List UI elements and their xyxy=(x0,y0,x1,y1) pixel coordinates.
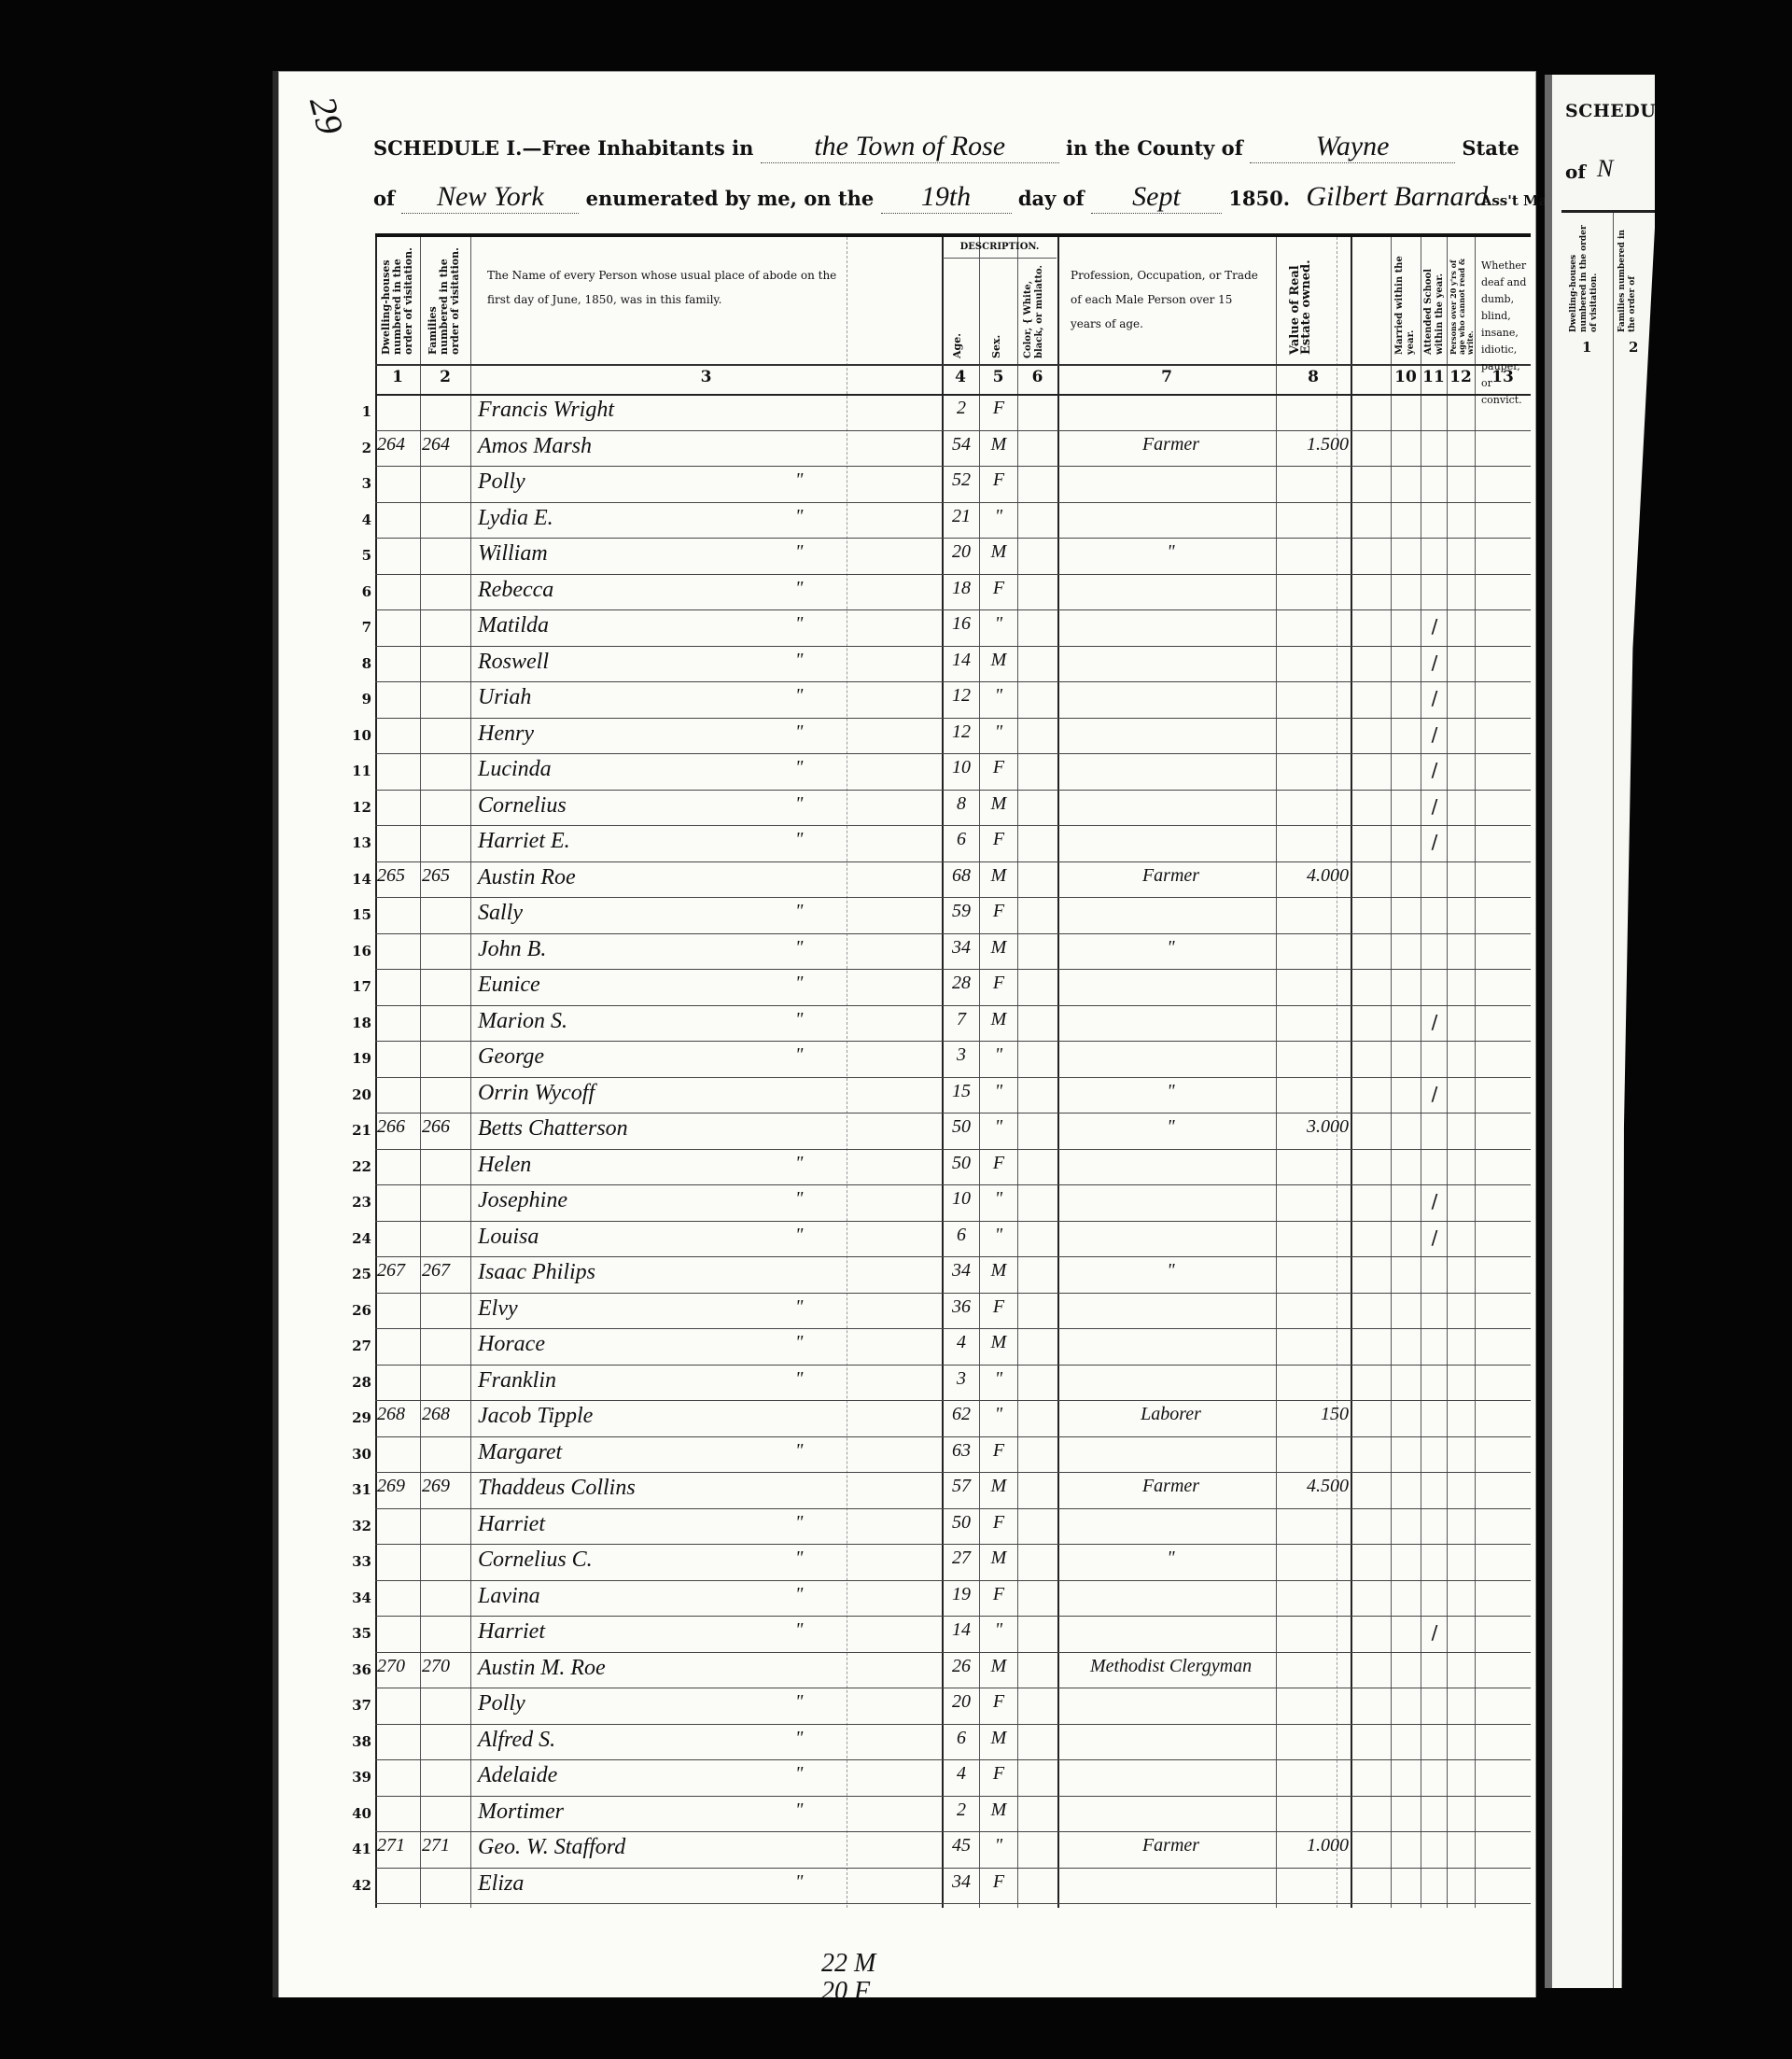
age-cell: 36 xyxy=(944,1296,979,1318)
age-cell: 4 xyxy=(944,1332,979,1353)
real-estate-cell: 3.000 xyxy=(1278,1116,1349,1138)
person-name: Roswell xyxy=(478,650,842,675)
line-number: 13 xyxy=(343,834,371,851)
sex-cell: M xyxy=(981,793,1016,815)
school-tick: / xyxy=(1422,687,1447,709)
table-row: 27Horace"4M xyxy=(375,1328,1531,1366)
table-row: 14265265Austin Roe68MFarmer4.000 xyxy=(375,861,1531,899)
line-number: 21 xyxy=(343,1122,371,1139)
table-row: 16John B."34M" xyxy=(375,933,1531,971)
sex-cell: F xyxy=(981,398,1016,419)
school-tick: / xyxy=(1422,723,1447,746)
dwelling-number: 264 xyxy=(377,434,420,455)
table-row: 38Alfred S."6M xyxy=(375,1724,1531,1761)
person-name: Mortimer xyxy=(478,1800,842,1825)
schedule-title: SCHEDULE I.—Free Inhabitants in xyxy=(373,136,753,160)
surname-ditto: " xyxy=(795,650,842,671)
age-cell: 20 xyxy=(944,541,979,563)
table-row: 37Polly"20F xyxy=(375,1688,1531,1725)
school-tick: / xyxy=(1422,1226,1447,1249)
adjacent-colnum-1: 1 xyxy=(1582,339,1591,356)
school-tick: / xyxy=(1422,1621,1447,1644)
sex-cell: " xyxy=(981,1225,1016,1246)
age-cell: 15 xyxy=(944,1081,979,1102)
age-cell: 68 xyxy=(944,865,979,887)
colnum-10: 10 xyxy=(1391,368,1421,386)
line-number: 37 xyxy=(343,1697,371,1714)
sex-cell: F xyxy=(981,1440,1016,1462)
line-number: 8 xyxy=(343,655,371,672)
age-cell: 50 xyxy=(944,1116,979,1138)
line-number: 7 xyxy=(343,619,371,636)
line-number: 2 xyxy=(343,440,371,456)
census-table: Dwelling-houses numbered in the order of… xyxy=(375,233,1531,1908)
table-row: 18Marion S."7M/ xyxy=(375,1005,1531,1043)
line-number: 4 xyxy=(343,511,371,528)
header-sex: Sex. xyxy=(991,312,1002,358)
surname-ditto: " xyxy=(795,1296,842,1318)
header-dwelling: Dwelling-houses numbered in the order of… xyxy=(381,245,414,355)
enumeration-line: of New York enumerated by me, on the 19t… xyxy=(373,181,1592,214)
person-name: Uriah xyxy=(478,685,842,710)
table-row: 40Mortimer"2M xyxy=(375,1796,1531,1833)
age-cell: 10 xyxy=(944,1188,979,1210)
age-cell: 8 xyxy=(944,793,979,815)
surname-ditto: " xyxy=(795,1332,842,1353)
age-cell: 54 xyxy=(944,434,979,455)
surname-ditto: " xyxy=(795,901,842,922)
line-number: 30 xyxy=(343,1446,371,1463)
age-cell: 6 xyxy=(944,829,979,850)
real-estate-cell: 1.000 xyxy=(1278,1835,1349,1856)
family-number: 270 xyxy=(422,1656,470,1677)
table-row: 8Roswell"14M/ xyxy=(375,646,1531,683)
sex-cell: M xyxy=(981,541,1016,563)
age-cell: 4 xyxy=(944,1763,979,1785)
age-cell: 21 xyxy=(944,506,979,527)
sex-cell: " xyxy=(981,1619,1016,1641)
surname-ditto: " xyxy=(795,721,842,743)
table-row: 31269269Thaddeus Collins57MFarmer4.500 xyxy=(375,1472,1531,1509)
header-illiterate: Persons over 20 y'rs of age who cannot r… xyxy=(1449,245,1475,355)
table-row: 10Henry"12"/ xyxy=(375,718,1531,755)
age-cell: 50 xyxy=(944,1153,979,1174)
person-name: Marion S. xyxy=(478,1009,842,1034)
person-name: Adelaide xyxy=(478,1763,842,1788)
person-name: Sally xyxy=(478,901,842,926)
sex-cell: M xyxy=(981,1548,1016,1569)
header-family: Families numbered in the order of visita… xyxy=(427,245,461,355)
person-name: Betts Chatterson xyxy=(478,1116,842,1142)
person-name: William xyxy=(478,541,842,567)
table-row: 42Eliza"34F xyxy=(375,1868,1531,1905)
school-tick: / xyxy=(1422,1190,1447,1212)
sex-cell: " xyxy=(981,1368,1016,1390)
month-field: Sept xyxy=(1091,181,1222,214)
age-cell: 45 xyxy=(944,1835,979,1856)
age-cell: 2 xyxy=(944,398,979,419)
surname-ditto: " xyxy=(795,793,842,815)
person-name: Austin Roe xyxy=(478,865,842,890)
surname-ditto: " xyxy=(795,469,842,491)
person-name: Horace xyxy=(478,1332,842,1357)
surname-ditto: " xyxy=(795,1044,842,1066)
sex-cell: F xyxy=(981,829,1016,850)
surname-ditto: " xyxy=(795,1584,842,1605)
colnum-8: 8 xyxy=(1276,368,1351,386)
table-row: 23Josephine"10"/ xyxy=(375,1184,1531,1222)
sex-cell: " xyxy=(981,1835,1016,1856)
surname-ditto: " xyxy=(795,1368,842,1390)
line-number: 33 xyxy=(343,1553,371,1570)
line-number: 16 xyxy=(343,943,371,959)
surname-ditto: " xyxy=(795,613,842,635)
person-name: Eliza xyxy=(478,1871,842,1897)
age-cell: 12 xyxy=(944,685,979,707)
person-name: Amos Marsh xyxy=(478,434,842,459)
sex-cell: F xyxy=(981,1512,1016,1534)
person-name: Harriet xyxy=(478,1619,842,1645)
surname-ditto: " xyxy=(795,1225,842,1246)
sex-cell: M xyxy=(981,1656,1016,1677)
age-cell: 16 xyxy=(944,613,979,635)
line-number: 36 xyxy=(343,1661,371,1678)
table-row: 39Adelaide"4F xyxy=(375,1759,1531,1797)
age-cell: 14 xyxy=(944,1619,979,1641)
table-row: 17Eunice"28F xyxy=(375,969,1531,1006)
school-tick: / xyxy=(1422,795,1447,818)
line-number: 9 xyxy=(343,691,371,707)
table-row: 19George"3" xyxy=(375,1041,1531,1078)
dwelling-number: 271 xyxy=(377,1835,420,1856)
family-number: 266 xyxy=(422,1116,470,1138)
table-row: 35Harriet"14"/ xyxy=(375,1616,1531,1653)
colnum-13: 13 xyxy=(1475,368,1531,386)
line-number: 26 xyxy=(343,1302,371,1319)
surname-ditto: " xyxy=(795,685,842,707)
line-number: 19 xyxy=(343,1050,371,1067)
sex-cell: F xyxy=(981,1296,1016,1318)
sex-cell: M xyxy=(981,1260,1016,1282)
occupation-cell: " xyxy=(1071,541,1271,563)
person-name: Austin M. Roe xyxy=(478,1656,842,1681)
line-number: 18 xyxy=(343,1015,371,1031)
table-row: 26Elvy"36F xyxy=(375,1293,1531,1330)
age-cell: 34 xyxy=(944,1260,979,1282)
occupation-cell: " xyxy=(1071,1081,1271,1102)
table-row: 5William"20M" xyxy=(375,538,1531,575)
line-number: 14 xyxy=(343,871,371,888)
table-row: 2264264Amos Marsh54MFarmer1.500 xyxy=(375,430,1531,468)
adjacent-of-label: of xyxy=(1565,161,1586,183)
line-number: 10 xyxy=(343,727,371,744)
line-number: 6 xyxy=(343,583,371,600)
dwelling-number: 265 xyxy=(377,865,420,887)
person-name: Henry xyxy=(478,721,842,747)
sex-cell: " xyxy=(981,1044,1016,1066)
person-name: Matilda xyxy=(478,613,842,638)
sex-cell: F xyxy=(981,901,1016,922)
dwelling-number: 268 xyxy=(377,1404,420,1425)
table-row: 20Orrin Wycoff15""/ xyxy=(375,1077,1531,1114)
age-cell: 7 xyxy=(944,1009,979,1030)
person-name: Cornelius C. xyxy=(478,1548,842,1573)
sex-cell: " xyxy=(981,506,1016,527)
sex-cell: F xyxy=(981,578,1016,599)
surname-ditto: " xyxy=(795,829,842,850)
age-cell: 27 xyxy=(944,1548,979,1569)
adjacent-page: SCHEDU of N Dwelling-houses numbered in … xyxy=(1545,75,1655,1988)
school-tick: / xyxy=(1422,759,1447,781)
day-of-label: day of xyxy=(1018,187,1085,210)
person-name: Lavina xyxy=(478,1584,842,1609)
surname-ditto: " xyxy=(795,1619,842,1641)
family-number: 269 xyxy=(422,1476,470,1497)
surname-ditto: " xyxy=(795,1548,842,1569)
sex-cell: M xyxy=(981,937,1016,959)
person-name: George xyxy=(478,1044,842,1070)
sex-cell: " xyxy=(981,721,1016,743)
occupation-cell: Farmer xyxy=(1071,865,1271,887)
line-number: 5 xyxy=(343,547,371,564)
adjacent-grid: Dwelling-houses numbered in the order of… xyxy=(1561,210,1655,1988)
header-color: Color, { White, black, or mulatto. xyxy=(1023,265,1045,358)
table-row: 6Rebecca"18F xyxy=(375,574,1531,611)
age-cell: 6 xyxy=(944,1728,979,1749)
real-estate-cell: 1.500 xyxy=(1278,434,1349,455)
person-name: Louisa xyxy=(478,1225,842,1250)
person-name: Lucinda xyxy=(478,757,842,782)
table-row: 33Cornelius C."27M" xyxy=(375,1544,1531,1581)
school-tick: / xyxy=(1422,1011,1447,1033)
colnum-12: 12 xyxy=(1447,368,1475,386)
person-name: Harriet E. xyxy=(478,829,842,854)
family-number: 267 xyxy=(422,1260,470,1282)
scan-border xyxy=(0,1997,1792,2059)
colnum-11: 11 xyxy=(1421,368,1447,386)
person-name: Josephine xyxy=(478,1188,842,1213)
surname-ditto: " xyxy=(795,506,842,527)
of-label: of xyxy=(373,187,395,210)
dwelling-number: 267 xyxy=(377,1260,420,1282)
surname-ditto: " xyxy=(795,1153,842,1174)
year-label: 1850. xyxy=(1228,187,1290,210)
surname-ditto: " xyxy=(795,757,842,778)
enumerated-label: enumerated by me, on the xyxy=(586,187,875,210)
table-row: 25267267Isaac Philips34M" xyxy=(375,1256,1531,1294)
table-row: 24Louisa"6"/ xyxy=(375,1221,1531,1258)
age-cell: 10 xyxy=(944,757,979,778)
surname-ditto: " xyxy=(795,937,842,959)
occupation-cell: " xyxy=(1071,1548,1271,1569)
age-cell: 19 xyxy=(944,1584,979,1605)
county-label: in the County of xyxy=(1066,136,1243,160)
sex-cell: F xyxy=(981,469,1016,491)
line-number: 20 xyxy=(343,1086,371,1103)
colnum-1: 1 xyxy=(375,368,420,386)
line-number: 24 xyxy=(343,1230,371,1247)
age-cell: 62 xyxy=(944,1404,979,1425)
line-number: 27 xyxy=(343,1338,371,1354)
colnum-4: 4 xyxy=(942,368,979,386)
table-row: 28Franklin"3" xyxy=(375,1365,1531,1402)
family-number: 265 xyxy=(422,865,470,887)
adjacent-title: SCHEDU xyxy=(1565,101,1656,121)
header-description-group: DESCRIPTION. xyxy=(943,237,1057,259)
age-cell: 2 xyxy=(944,1800,979,1821)
line-number: 40 xyxy=(343,1805,371,1822)
sex-cell: F xyxy=(981,973,1016,994)
line-number: 3 xyxy=(343,475,371,492)
line-number: 34 xyxy=(343,1590,371,1606)
colnum-5: 5 xyxy=(979,368,1017,386)
line-number: 32 xyxy=(343,1518,371,1534)
school-tick: / xyxy=(1422,651,1447,674)
table-row: 3Polly"52F xyxy=(375,466,1531,503)
surname-ditto: " xyxy=(795,1009,842,1030)
sex-cell: " xyxy=(981,1404,1016,1425)
age-cell: 34 xyxy=(944,937,979,959)
adjacent-header-family: Families numbered in the order of xyxy=(1617,222,1638,332)
table-row: 30Margaret"63F xyxy=(375,1436,1531,1474)
age-cell: 12 xyxy=(944,721,979,743)
occupation-cell: Laborer xyxy=(1071,1404,1271,1425)
age-cell: 63 xyxy=(944,1440,979,1462)
line-number: 23 xyxy=(343,1194,371,1211)
age-cell: 14 xyxy=(944,650,979,671)
sex-cell: " xyxy=(981,1116,1016,1138)
surname-ditto: " xyxy=(795,541,842,563)
age-cell: 20 xyxy=(944,1691,979,1713)
family-number: 264 xyxy=(422,434,470,455)
sex-cell: M xyxy=(981,1009,1016,1030)
line-number: 1 xyxy=(343,403,371,420)
sex-cell: " xyxy=(981,685,1016,707)
line-number: 35 xyxy=(343,1625,371,1642)
adjacent-header-dwelling: Dwelling-houses numbered in the order of… xyxy=(1569,222,1600,332)
table-row: 29268268Jacob Tipple62"Laborer150 xyxy=(375,1400,1531,1437)
table-row: 7Matilda"16"/ xyxy=(375,609,1531,647)
line-number: 31 xyxy=(343,1481,371,1498)
person-name: Franklin xyxy=(478,1368,842,1394)
line-number: 38 xyxy=(343,1733,371,1750)
sex-cell: M xyxy=(981,434,1016,455)
real-estate-cell: 4.000 xyxy=(1278,865,1349,887)
table-row: 22Helen"50F xyxy=(375,1149,1531,1186)
person-name: Geo. W. Stafford xyxy=(478,1835,842,1860)
surname-ditto: " xyxy=(795,973,842,994)
person-name: Eunice xyxy=(478,973,842,998)
table-row: 9Uriah"12"/ xyxy=(375,681,1531,719)
person-name: Elvy xyxy=(478,1296,842,1322)
table-row: 36270270Austin M. Roe26MMethodist Clergy… xyxy=(375,1652,1531,1689)
table-row: 41271271Geo. W. Stafford45"Farmer1.000 xyxy=(375,1831,1531,1869)
school-tick: / xyxy=(1422,831,1447,853)
table-row: 34Lavina"19F xyxy=(375,1580,1531,1618)
column-headers: Dwelling-houses numbered in the order of… xyxy=(375,237,1531,366)
age-cell: 26 xyxy=(944,1656,979,1677)
line-number: 17 xyxy=(343,978,371,995)
colnum-2: 2 xyxy=(420,368,470,386)
dwelling-number: 270 xyxy=(377,1656,420,1677)
table-row: 12Cornelius"8M/ xyxy=(375,790,1531,827)
age-cell: 57 xyxy=(944,1476,979,1497)
table-row: 1Francis Wright2F xyxy=(375,394,1531,431)
line-number: 41 xyxy=(343,1841,371,1857)
line-number: 42 xyxy=(343,1877,371,1894)
sex-cell: " xyxy=(981,1188,1016,1210)
sex-cell: M xyxy=(981,650,1016,671)
age-cell: 18 xyxy=(944,578,979,599)
age-cell: 3 xyxy=(944,1044,979,1066)
adjacent-colnum-2: 2 xyxy=(1629,339,1638,356)
sex-cell: M xyxy=(981,1800,1016,1821)
age-cell: 50 xyxy=(944,1512,979,1534)
occupation-cell: Farmer xyxy=(1071,1835,1271,1856)
family-number: 268 xyxy=(422,1404,470,1425)
person-name: Harriet xyxy=(478,1512,842,1537)
occupation-cell: Farmer xyxy=(1071,434,1271,455)
surname-ditto: " xyxy=(795,1512,842,1534)
family-number: 271 xyxy=(422,1835,470,1856)
person-name: Margaret xyxy=(478,1440,842,1465)
dwelling-number: 269 xyxy=(377,1476,420,1497)
sex-cell: F xyxy=(981,1584,1016,1605)
person-name: Isaac Philips xyxy=(478,1260,842,1285)
colnum-7: 7 xyxy=(1057,368,1276,386)
town-field: the Town of Rose xyxy=(761,131,1059,163)
sex-cell: F xyxy=(981,1691,1016,1713)
table-row: 11Lucinda"10F/ xyxy=(375,753,1531,791)
person-name: Alfred S. xyxy=(478,1728,842,1753)
surname-ditto: " xyxy=(795,578,842,599)
sex-cell: " xyxy=(981,613,1016,635)
occupation-cell: Farmer xyxy=(1071,1476,1271,1497)
line-number: 39 xyxy=(343,1769,371,1786)
line-number: 28 xyxy=(343,1374,371,1391)
surname-ditto: " xyxy=(795,1763,842,1785)
person-name: Francis Wright xyxy=(478,398,842,423)
table-row: 21266266Betts Chatterson50""3.000 xyxy=(375,1113,1531,1150)
sex-cell: F xyxy=(981,1153,1016,1174)
day-field: 19th xyxy=(881,181,1012,214)
line-number: 15 xyxy=(343,906,371,923)
header-occupation: Profession, Occupation, or Trade of each… xyxy=(1071,263,1267,336)
sex-cell: " xyxy=(981,1081,1016,1102)
colnum-3: 3 xyxy=(470,368,942,386)
occupation-cell: " xyxy=(1071,1260,1271,1282)
header-age: Age. xyxy=(952,312,963,358)
occupation-cell: " xyxy=(1071,1116,1271,1138)
real-estate-cell: 4.500 xyxy=(1278,1476,1349,1497)
school-tick: / xyxy=(1422,1083,1447,1105)
age-cell: 52 xyxy=(944,469,979,491)
sex-cell: M xyxy=(981,1332,1016,1353)
surname-ditto: " xyxy=(795,1691,842,1713)
line-number: 12 xyxy=(343,799,371,816)
line-number: 22 xyxy=(343,1158,371,1175)
person-name: Polly xyxy=(478,1691,842,1716)
person-name: Polly xyxy=(478,469,842,495)
column-numbers: 1 2 3 4 5 6 7 8 10 11 12 13 xyxy=(375,364,1531,396)
age-cell: 6 xyxy=(944,1225,979,1246)
surname-ditto: " xyxy=(795,1728,842,1749)
line-number: 25 xyxy=(343,1266,371,1282)
person-name: Cornelius xyxy=(478,793,842,819)
table-row: 15Sally"59F xyxy=(375,897,1531,934)
surname-ditto: " xyxy=(795,1440,842,1462)
sex-cell: M xyxy=(981,865,1016,887)
